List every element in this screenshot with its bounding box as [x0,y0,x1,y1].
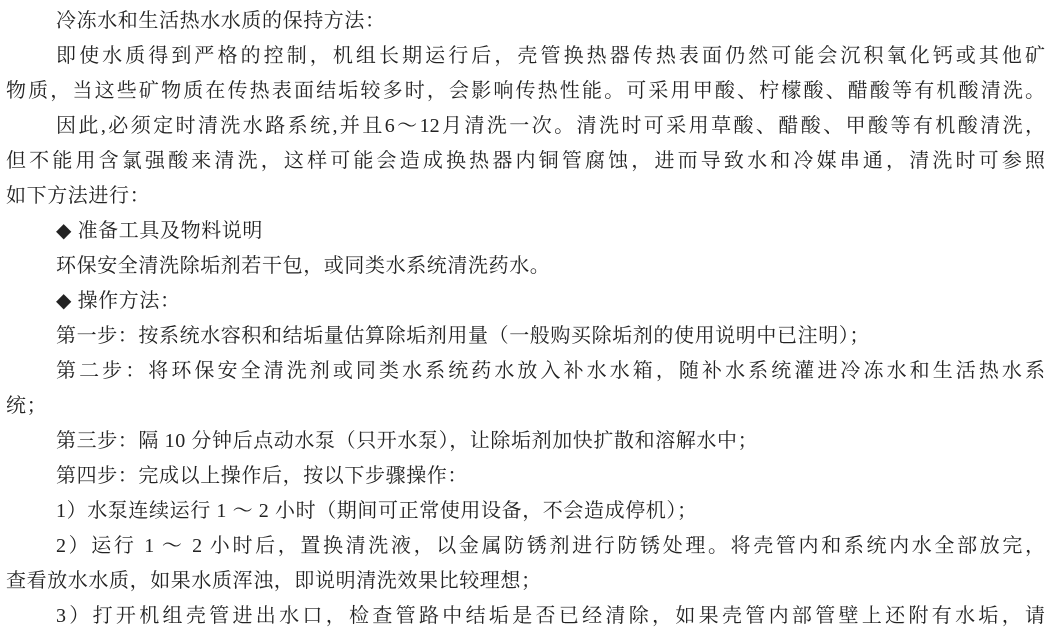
paragraph-line: 如下方法进行： [6,179,1045,214]
step-line-1: 第一步：按系统水容积和结垢量估算除垢剂用量（一般购买除垢剂的使用说明中已注明）； [6,319,1045,354]
step-line-2-continuation: 统； [6,389,1045,424]
substep-line-1: 1）水泵连续运行 1 ～ 2 小时（期间可正常使用设备，不会造成停机）； [6,494,1045,529]
page-title: 冷冻水和生活热水水质的保持方法： [6,4,1045,39]
paragraph-line: 环保安全清洗除垢剂若干包，或同类水系统清洗药水。 [6,249,1045,284]
paragraph-line: 即使水质得到严格的控制，机组长期运行后，壳管换热器传热表面仍然可能会沉积氧化钙或… [6,39,1045,74]
step-line-4: 第四步：完成以上操作后，按以下步骤操作： [6,459,1045,494]
step-line-2: 第二步：将环保安全清洗剂或同类水系统药水放入补水水箱，随补水系统灌进冷冻水和生活… [6,354,1045,389]
substep-line-2: 2）运行 1 ～ 2 小时后，置换清洗液，以金属防锈剂进行防锈处理。将壳管内和系… [6,529,1045,564]
document-page: 冷冻水和生活热水水质的保持方法： 即使水质得到严格的控制，机组长期运行后，壳管换… [0,0,1049,635]
bullet-heading-materials: ◆ 准备工具及物料说明 [6,214,1045,249]
substep-line-2-continuation: 查看放水水质，如果水质浑浊，即说明清洗效果比较理想； [6,564,1045,599]
bullet-heading-operation: ◆ 操作方法： [6,284,1045,319]
step-line-3: 第三步：隔 10 分钟后点动水泵（只开水泵），让除垢剂加快扩散和溶解水中； [6,424,1045,459]
paragraph-line: 但不能用含氯强酸来清洗，这样可能会造成换热器内铜管腐蚀，进而导致水和冷媒串通，清… [6,144,1045,179]
paragraph-line: 物质，当这些矿物质在传热表面结垢较多时，会影响传热性能。可采用甲酸、柠檬酸、醋酸… [6,74,1045,109]
paragraph-line: 因此,必须定时清洗水路系统,并且6～12月清洗一次。清洗时可采用草酸、醋酸、甲酸… [6,109,1045,144]
substep-line-3: 3）打开机组壳管进出水口，检查管路中结垢是否已经清除，如果壳管内部管壁上还附有水… [6,599,1045,634]
